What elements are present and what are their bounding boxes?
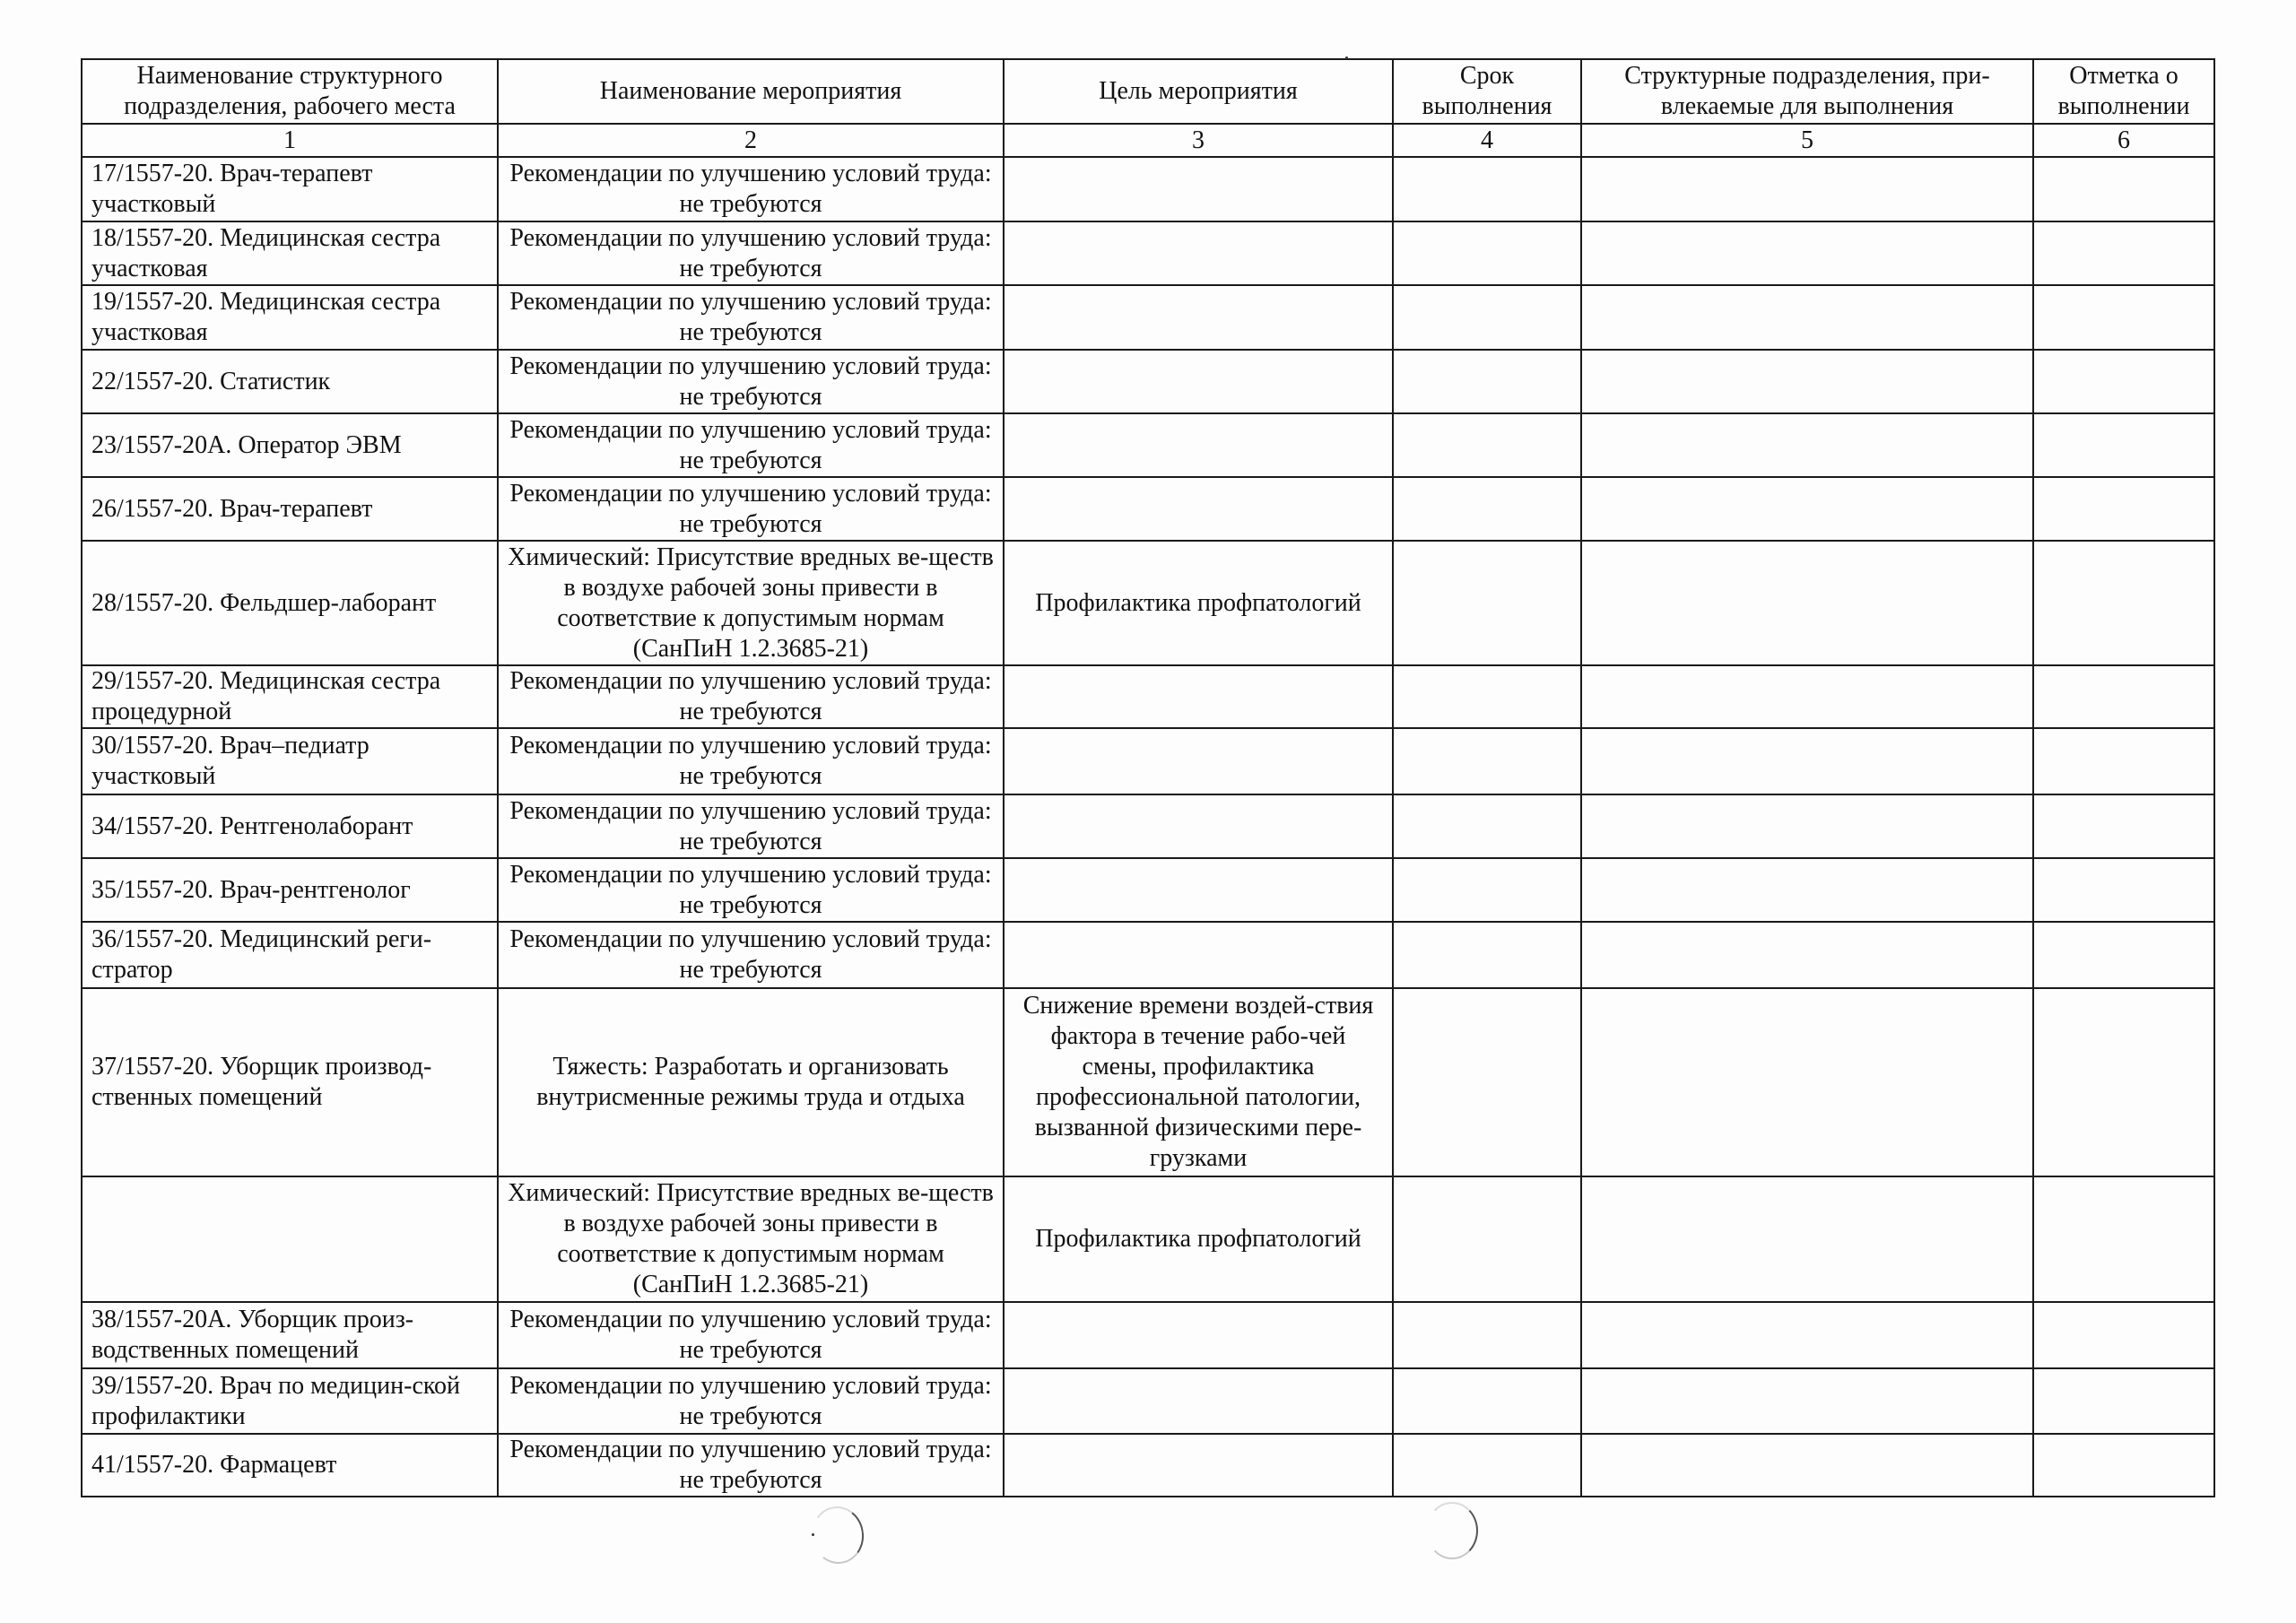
- table-row: 26/1557-20. Врач-терапевтРекомендации по…: [82, 477, 2214, 541]
- cell-goal: [1004, 157, 1393, 221]
- cell-deadline: [1393, 541, 1581, 665]
- cell-goal: [1004, 1434, 1393, 1497]
- cell-completion-mark: [2033, 922, 2214, 988]
- cell-goal: [1004, 665, 1393, 728]
- cell-goal: Профилактика профпатологий: [1004, 1176, 1393, 1302]
- cell-completion-mark: [2033, 858, 2214, 922]
- cell-completion-mark: [2033, 1434, 2214, 1497]
- cell-workplace: 41/1557-20. Фармацевт: [82, 1434, 498, 1497]
- table-row: 36/1557-20. Медицинский реги-страторРеко…: [82, 922, 2214, 988]
- cell-deadline: [1393, 1176, 1581, 1302]
- cell-goal: [1004, 350, 1393, 413]
- cell-workplace: 18/1557-20. Медицинская сестра участкова…: [82, 221, 498, 285]
- table-row: 37/1557-20. Уборщик производ-ственных по…: [82, 988, 2214, 1176]
- cell-departments: [1581, 221, 2033, 285]
- cell-deadline: [1393, 794, 1581, 858]
- cell-deadline: [1393, 1368, 1581, 1434]
- column-number: 2: [498, 124, 1004, 157]
- cell-deadline: [1393, 221, 1581, 285]
- cell-completion-mark: [2033, 413, 2214, 477]
- table-row: 17/1557-20. Врач-терапевт участковыйРеко…: [82, 157, 2214, 221]
- cell-goal: [1004, 413, 1393, 477]
- cell-departments: [1581, 541, 2033, 665]
- table-row: 18/1557-20. Медицинская сестра участкова…: [82, 221, 2214, 285]
- cell-departments: [1581, 858, 2033, 922]
- cell-goal: Профилактика профпатологий: [1004, 541, 1393, 665]
- cell-departments: [1581, 728, 2033, 794]
- cell-deadline: [1393, 728, 1581, 794]
- cell-workplace: 34/1557-20. Рентгенолаборант: [82, 794, 498, 858]
- table-row: 38/1557-20А. Уборщик произ-водственных п…: [82, 1302, 2214, 1368]
- improvement-plan-table: Наименование структурного подразделения,…: [81, 58, 2215, 1497]
- cell-completion-mark: [2033, 665, 2214, 728]
- cell-deadline: [1393, 922, 1581, 988]
- table-row: Химический: Присутствие вредных ве-ществ…: [82, 1176, 2214, 1302]
- cell-deadline: [1393, 1434, 1581, 1497]
- cell-measure: Рекомендации по улучшению условий труда:…: [498, 1368, 1004, 1434]
- scan-speck: [812, 1533, 814, 1536]
- stamp-mark-left: [808, 1503, 867, 1567]
- cell-goal: [1004, 1302, 1393, 1368]
- cell-completion-mark: [2033, 728, 2214, 794]
- cell-departments: [1581, 285, 2033, 350]
- header-completion-mark: Отметка о выполнении: [2033, 59, 2214, 124]
- column-number: 6: [2033, 124, 2214, 157]
- cell-workplace: 28/1557-20. Фельдшер-лаборант: [82, 541, 498, 665]
- header-measure: Наименование мероприятия: [498, 59, 1004, 124]
- cell-completion-mark: [2033, 1368, 2214, 1434]
- cell-deadline: [1393, 413, 1581, 477]
- table-row: 29/1557-20. Медицинская сестра процедурн…: [82, 665, 2214, 728]
- cell-departments: [1581, 1434, 2033, 1497]
- cell-workplace: 17/1557-20. Врач-терапевт участковый: [82, 157, 498, 221]
- cell-measure: Химический: Присутствие вредных ве-ществ…: [498, 1176, 1004, 1302]
- header-goal: Цель мероприятия: [1004, 59, 1393, 124]
- cell-completion-mark: [2033, 477, 2214, 541]
- cell-measure: Рекомендации по улучшению условий труда:…: [498, 794, 1004, 858]
- cell-measure: Рекомендации по улучшению условий труда:…: [498, 728, 1004, 794]
- column-number: 1: [82, 124, 498, 157]
- table-row: 22/1557-20. СтатистикРекомендации по улу…: [82, 350, 2214, 413]
- table-row: 30/1557-20. Врач–педиатр участковыйРеком…: [82, 728, 2214, 794]
- cell-workplace: 22/1557-20. Статистик: [82, 350, 498, 413]
- cell-measure: Рекомендации по улучшению условий труда:…: [498, 413, 1004, 477]
- cell-completion-mark: [2033, 541, 2214, 665]
- cell-measure: Химический: Присутствие вредных ве-ществ…: [498, 541, 1004, 665]
- cell-departments: [1581, 1368, 2033, 1434]
- cell-deadline: [1393, 858, 1581, 922]
- cell-measure: Рекомендации по улучшению условий труда:…: [498, 1302, 1004, 1368]
- cell-measure: Тяжесть: Разработать и организовать внут…: [498, 988, 1004, 1176]
- cell-deadline: [1393, 285, 1581, 350]
- cell-measure: Рекомендации по улучшению условий труда:…: [498, 477, 1004, 541]
- cell-measure: Рекомендации по улучшению условий труда:…: [498, 285, 1004, 350]
- table-row: 34/1557-20. РентгенолаборантРекомендации…: [82, 794, 2214, 858]
- header-departments: Структурные подразделения, при-влекаемые…: [1581, 59, 2033, 124]
- table-row: 28/1557-20. Фельдшер-лаборантХимический:…: [82, 541, 2214, 665]
- cell-completion-mark: [2033, 350, 2214, 413]
- scanned-page: Наименование структурного подразделения,…: [0, 0, 2296, 1623]
- column-number: 3: [1004, 124, 1393, 157]
- cell-measure: Рекомендации по улучшению условий труда:…: [498, 221, 1004, 285]
- cell-deadline: [1393, 988, 1581, 1176]
- cell-workplace: 36/1557-20. Медицинский реги-стратор: [82, 922, 498, 988]
- cell-departments: [1581, 988, 2033, 1176]
- cell-completion-mark: [2033, 794, 2214, 858]
- cell-completion-mark: [2033, 1302, 2214, 1368]
- cell-measure: Рекомендации по улучшению условий труда:…: [498, 350, 1004, 413]
- header-deadline: Срок выполнения: [1393, 59, 1581, 124]
- table-row: 19/1557-20. Медицинская сестра участкова…: [82, 285, 2214, 350]
- cell-deadline: [1393, 157, 1581, 221]
- table-row: 23/1557-20А. Оператор ЭВМРекомендации по…: [82, 413, 2214, 477]
- cell-departments: [1581, 665, 2033, 728]
- column-number: 5: [1581, 124, 2033, 157]
- cell-workplace: 30/1557-20. Врач–педиатр участковый: [82, 728, 498, 794]
- cell-goal: [1004, 728, 1393, 794]
- table-row: 41/1557-20. ФармацевтРекомендации по улу…: [82, 1434, 2214, 1497]
- cell-completion-mark: [2033, 221, 2214, 285]
- cell-workplace: 29/1557-20. Медицинская сестра процедурн…: [82, 665, 498, 728]
- header-workplace: Наименование структурного подразделения,…: [82, 59, 498, 124]
- cell-measure: Рекомендации по улучшению условий труда:…: [498, 922, 1004, 988]
- cell-goal: [1004, 285, 1393, 350]
- cell-departments: [1581, 157, 2033, 221]
- cell-departments: [1581, 1176, 2033, 1302]
- cell-departments: [1581, 794, 2033, 858]
- cell-goal: [1004, 794, 1393, 858]
- cell-workplace: 35/1557-20. Врач-рентгенолог: [82, 858, 498, 922]
- cell-departments: [1581, 350, 2033, 413]
- cell-departments: [1581, 1302, 2033, 1368]
- column-number: 4: [1393, 124, 1581, 157]
- cell-goal: [1004, 922, 1393, 988]
- cell-workplace: 39/1557-20. Врач по медицин-ской профила…: [82, 1368, 498, 1434]
- table-row: 39/1557-20. Врач по медицин-ской профила…: [82, 1368, 2214, 1434]
- cell-workplace: 38/1557-20А. Уборщик произ-водственных п…: [82, 1302, 498, 1368]
- cell-completion-mark: [2033, 1176, 2214, 1302]
- cell-goal: [1004, 477, 1393, 541]
- cell-workplace: 19/1557-20. Медицинская сестра участкова…: [82, 285, 498, 350]
- cell-deadline: [1393, 350, 1581, 413]
- cell-goal: [1004, 1368, 1393, 1434]
- cell-measure: Рекомендации по улучшению условий труда:…: [498, 858, 1004, 922]
- cell-goal: Снижение времени воздей-ствия фактора в …: [1004, 988, 1393, 1176]
- cell-completion-mark: [2033, 157, 2214, 221]
- cell-workplace: [82, 1176, 498, 1302]
- cell-completion-mark: [2033, 285, 2214, 350]
- cell-departments: [1581, 477, 2033, 541]
- cell-measure: Рекомендации по улучшению условий труда:…: [498, 665, 1004, 728]
- cell-workplace: 26/1557-20. Врач-терапевт: [82, 477, 498, 541]
- cell-goal: [1004, 221, 1393, 285]
- cell-departments: [1581, 922, 2033, 988]
- column-number-row: 1 2 3 4 5 6: [82, 124, 2214, 157]
- cell-deadline: [1393, 477, 1581, 541]
- header-row: Наименование структурного подразделения,…: [82, 59, 2214, 124]
- cell-deadline: [1393, 1302, 1581, 1368]
- table-row: 35/1557-20. Врач-рентгенологРекомендации…: [82, 858, 2214, 922]
- cell-deadline: [1393, 665, 1581, 728]
- stamp-mark-right: [1426, 1502, 1478, 1559]
- table-body: 17/1557-20. Врач-терапевт участковыйРеко…: [82, 157, 2214, 1497]
- cell-departments: [1581, 413, 2033, 477]
- scan-speck: [1345, 56, 1348, 59]
- cell-workplace: 23/1557-20А. Оператор ЭВМ: [82, 413, 498, 477]
- cell-completion-mark: [2033, 988, 2214, 1176]
- cell-goal: [1004, 858, 1393, 922]
- cell-measure: Рекомендации по улучшению условий труда:…: [498, 157, 1004, 221]
- cell-measure: Рекомендации по улучшению условий труда:…: [498, 1434, 1004, 1497]
- cell-workplace: 37/1557-20. Уборщик производ-ственных по…: [82, 988, 498, 1176]
